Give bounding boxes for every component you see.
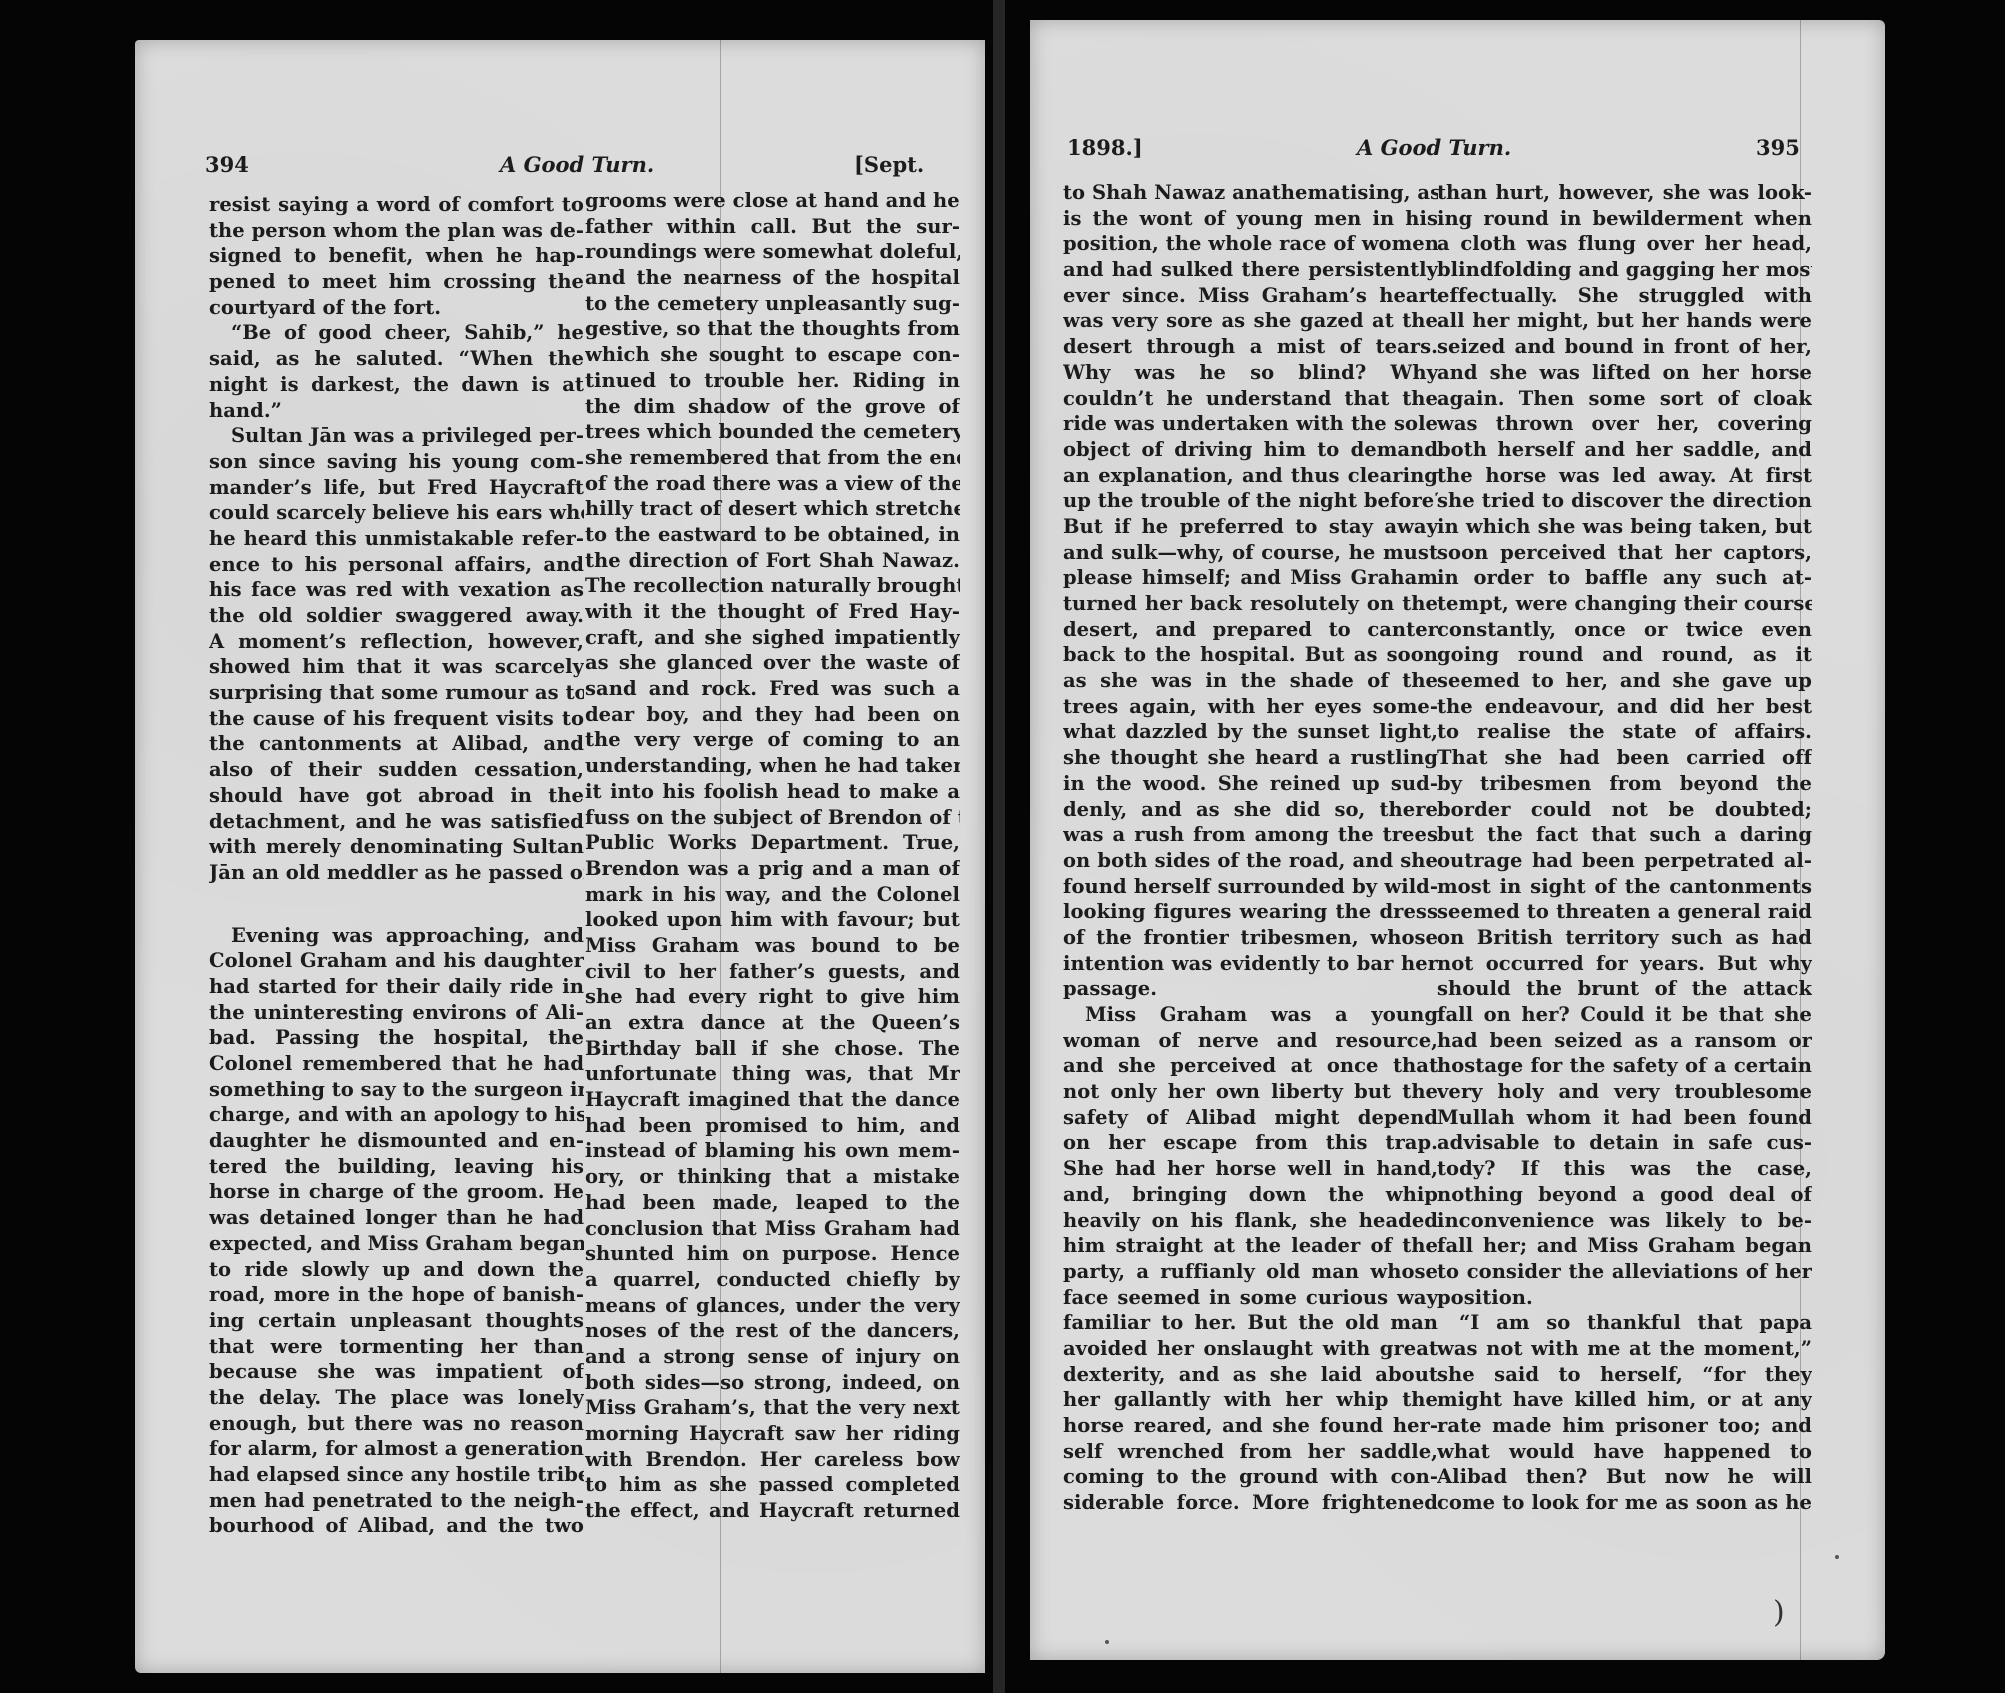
text-line: advisable to detain in safe cus- xyxy=(1437,1130,1812,1156)
text-line: and a strong sense of injury on xyxy=(585,1344,960,1370)
text-line: the old soldier swaggered away. xyxy=(209,603,584,629)
text-line: that were tormenting her than xyxy=(209,1334,584,1360)
text-line: both sides—so strong, indeed, on xyxy=(585,1370,960,1396)
text-line: Why was he so blind? Why xyxy=(1063,360,1438,386)
text-line: had started for their daily ride in xyxy=(209,974,584,1000)
text-line: to the cemetery unpleasantly sug- xyxy=(585,291,960,317)
text-line: looked upon him with favour; but xyxy=(585,907,960,933)
text-line: again. Then some sort of cloak xyxy=(1437,386,1812,412)
text-line: coming to the ground with con- xyxy=(1063,1464,1438,1490)
text-line: mark in his way, and the Colonel xyxy=(585,882,960,908)
text-line: him straight at the leader of the xyxy=(1063,1233,1438,1259)
text-line: craft, and she sighed impatiently xyxy=(585,625,960,651)
book-gutter xyxy=(993,0,1005,1693)
scan-speck xyxy=(1835,1555,1839,1559)
text-line: “I am so thankful that papa xyxy=(1437,1310,1812,1336)
text-line: in which she was being taken, but xyxy=(1437,514,1812,540)
text-line: to ride slowly up and down the xyxy=(209,1257,584,1283)
text-line: his face was red with vexation as xyxy=(209,577,584,603)
page-number: 394 xyxy=(205,152,249,177)
text-line: also of their sudden cessation, xyxy=(209,757,584,783)
text-line: morning Haycraft saw her riding xyxy=(585,1421,960,1447)
text-line: conclusion that Miss Graham had xyxy=(585,1216,960,1242)
text-line: trees which bounded the cemetery, xyxy=(585,419,960,445)
text-line: with merely denominating Sultan xyxy=(209,834,584,860)
text-line: party, a ruffianly old man whose xyxy=(1063,1259,1438,1285)
right-page: 1898.] A Good Turn. 395 to Shah Nawaz an… xyxy=(1030,20,1885,1660)
text-line: A moment’s reflection, however, xyxy=(209,629,584,655)
text-line: tody? If this was the case, xyxy=(1437,1156,1812,1182)
text-line: was thrown over her, covering xyxy=(1437,411,1812,437)
text-line: daughter he dismounted and en- xyxy=(209,1128,584,1154)
text-line: enough, but there was no reason xyxy=(209,1411,584,1437)
text-line: ory, or thinking that a mistake xyxy=(585,1164,960,1190)
text-line: she said to herself, “for they xyxy=(1437,1362,1812,1388)
text-line: she had every right to give him xyxy=(585,984,960,1010)
text-line: and she was lifted on her horse xyxy=(1437,360,1812,386)
text-line: the endeavour, and did her best xyxy=(1437,694,1812,720)
text-line: seemed to her, and she gave up xyxy=(1437,668,1812,694)
text-line: she remembered that from the end xyxy=(585,445,960,471)
text-line: the very verge of coming to an xyxy=(585,727,960,753)
text-line: on British territory such as had xyxy=(1437,925,1812,951)
text-line: the direction of Fort Shah Nawaz. xyxy=(585,548,960,574)
text-line: and, bringing down the whip xyxy=(1063,1182,1438,1208)
text-line: fall her; and Miss Graham began xyxy=(1437,1233,1812,1259)
text-line: a quarrel, conducted chiefly by xyxy=(585,1267,960,1293)
text-line: than hurt, however, she was look- xyxy=(1437,180,1812,206)
text-line: siderable force. More frightened xyxy=(1063,1490,1438,1516)
text-line: Public Works Department. True, xyxy=(585,830,960,856)
text-line: men had penetrated to the neigh- xyxy=(209,1488,584,1514)
text-line: an explanation, and thus clearing xyxy=(1063,463,1438,489)
text-line: on both sides of the road, and she xyxy=(1063,848,1438,874)
text-line: charge, and with an apology to his xyxy=(209,1102,584,1128)
text-line: as she glanced over the waste of xyxy=(585,650,960,676)
text-line: had elapsed since any hostile tribes- xyxy=(209,1462,584,1488)
text-line: she thought she heard a rustling xyxy=(1063,745,1438,771)
text-line: he heard this unmistakable refer- xyxy=(209,526,584,552)
text-line: gestive, so that the thoughts from xyxy=(585,316,960,342)
text-line: face seemed in some curious way xyxy=(1063,1285,1438,1311)
text-line: her gallantly with her whip the xyxy=(1063,1387,1438,1413)
text-line: position, the whole race of women, xyxy=(1063,231,1438,257)
text-line: resist saying a word of comfort to xyxy=(209,192,584,218)
text-line: should the brunt of the attack xyxy=(1437,976,1812,1002)
text-line: signed to benefit, when he hap- xyxy=(209,243,584,269)
text-line: position. xyxy=(1437,1285,1812,1311)
text-line: by tribesmen from beyond the xyxy=(1437,771,1812,797)
text-line: denly, and as she did so, there xyxy=(1063,797,1438,823)
text-line: object of driving him to demand xyxy=(1063,437,1438,463)
text-line: Evening was approaching, and xyxy=(209,923,584,949)
text-line: trees again, with her eyes some- xyxy=(1063,694,1438,720)
text-line: roundings were somewhat doleful, xyxy=(585,239,960,265)
text-line: Colonel Graham and his daughter xyxy=(209,948,584,974)
text-line: self wrenched from her saddle, xyxy=(1063,1439,1438,1465)
text-line: safety of Alibad might depend xyxy=(1063,1105,1438,1131)
text-line: both herself and her saddle, and xyxy=(1437,437,1812,463)
text-line: to realise the state of affairs. xyxy=(1437,719,1812,745)
text-line: Jān an old meddler as he passed on. xyxy=(209,860,584,886)
text-column: than hurt, however, she was look-ing rou… xyxy=(1437,180,1812,1516)
text-line: familiar to her. But the old man xyxy=(1063,1310,1438,1336)
text-line: which she sought to escape con- xyxy=(585,342,960,368)
text-line: bourhood of Alibad, and the two xyxy=(209,1513,584,1539)
text-line: the effect, and Haycraft returned xyxy=(585,1498,960,1524)
text-line: grooms were close at hand and her xyxy=(585,188,960,214)
text-line: shunted him on purpose. Hence xyxy=(585,1241,960,1267)
text-line: back to the hospital. But as soon xyxy=(1063,642,1438,668)
text-line: going round and round, as it xyxy=(1437,642,1812,668)
text-line: had been seized as a ransom or xyxy=(1437,1028,1812,1054)
text-line: night is darkest, the dawn is at xyxy=(209,372,584,398)
text-column: to Shah Nawaz anathematising, asis the w… xyxy=(1063,180,1438,1516)
text-line: of the road there was a view of the xyxy=(585,471,960,497)
text-line: showed him that it was scarcely xyxy=(209,654,584,680)
text-line: constantly, once or twice even xyxy=(1437,617,1812,643)
text-line: She had her horse well in hand, xyxy=(1063,1156,1438,1182)
text-line: for alarm, for almost a generation xyxy=(209,1436,584,1462)
text-line: looking figures wearing the dress xyxy=(1063,899,1438,925)
text-line: Miss Graham’s, that the very next xyxy=(585,1395,960,1421)
text-line: But if he preferred to stay away xyxy=(1063,514,1438,540)
text-line: of the frontier tribesmen, whose xyxy=(1063,925,1438,951)
text-line: found herself surrounded by wild- xyxy=(1063,874,1438,900)
text-line: something to say to the surgeon in xyxy=(209,1077,584,1103)
text-line: and had sulked there persistently xyxy=(1063,257,1438,283)
text-line: was detained longer than he had xyxy=(209,1205,584,1231)
text-line: was not with me at the moment,” xyxy=(1437,1336,1812,1362)
text-line: all her might, but her hands were xyxy=(1437,308,1812,334)
text-line: most in sight of the cantonments xyxy=(1437,874,1812,900)
text-line: the horse was led away. At first xyxy=(1437,463,1812,489)
text-line: what would have happened to xyxy=(1437,1439,1812,1465)
text-line: Mullah whom it had been found xyxy=(1437,1105,1812,1131)
text-line: a cloth was flung over her head, xyxy=(1437,231,1812,257)
running-head-right: 1898.] A Good Turn. 395 xyxy=(1030,135,1885,175)
text-line: it into his foolish head to make a xyxy=(585,779,960,805)
text-line: Miss Graham was a young xyxy=(1063,1002,1438,1028)
text-line: the delay. The place was lonely xyxy=(209,1385,584,1411)
text-line: tempt, were changing their course xyxy=(1437,591,1812,617)
text-line: soon perceived that her captors, xyxy=(1437,540,1812,566)
text-line: and the nearness of the hospital xyxy=(585,265,960,291)
text-line: not only her own liberty but the xyxy=(1063,1079,1438,1105)
text-line: in the wood. She reined up sud- xyxy=(1063,771,1438,797)
text-line: ence to his personal affairs, and xyxy=(209,552,584,578)
text-line: was very sore as she gazed at the xyxy=(1063,308,1438,334)
text-line: Brendon was a prig and a man of xyxy=(585,856,960,882)
text-line: hilly tract of desert which stretched xyxy=(585,496,960,522)
text-line: the cantonments at Alibad, and xyxy=(209,731,584,757)
section-break xyxy=(209,886,584,923)
text-line: detachment, and he was satisfied xyxy=(209,809,584,835)
text-line: she tried to discover the direction xyxy=(1437,488,1812,514)
text-line: the dim shadow of the grove of xyxy=(585,394,960,420)
text-line: “Be of good cheer, Sahib,” he xyxy=(209,320,584,346)
text-line: couldn’t he understand that the xyxy=(1063,386,1438,412)
text-line: hostage for the safety of a certain xyxy=(1437,1053,1812,1079)
text-line: noses of the rest of the dancers, xyxy=(585,1318,960,1344)
text-line: in order to baffle any such at- xyxy=(1437,565,1812,591)
text-line: ing round in bewilderment when xyxy=(1437,206,1812,232)
text-column: resist saying a word of comfort tothe pe… xyxy=(209,192,584,1539)
text-line: border could not be doubted; xyxy=(1437,797,1812,823)
text-line: tered the building, leaving his xyxy=(209,1154,584,1180)
text-line: to consider the alleviations of her xyxy=(1437,1259,1812,1285)
text-line: tinued to trouble her. Riding in xyxy=(585,368,960,394)
text-line: surprising that some rumour as to xyxy=(209,680,584,706)
text-line: woman of nerve and resource, xyxy=(1063,1028,1438,1054)
text-line: pened to meet him crossing the xyxy=(209,269,584,295)
text-line: fall on her? Could it be that she xyxy=(1437,1002,1812,1028)
date-mark: [Sept. xyxy=(854,152,924,177)
text-line: was a rush from among the trees xyxy=(1063,822,1438,848)
text-line: not occurred for years. But why xyxy=(1437,951,1812,977)
text-line: rate made him prisoner too; and xyxy=(1437,1413,1812,1439)
text-line: but the fact that such a daring xyxy=(1437,822,1812,848)
text-line: with Brendon. Her careless bow xyxy=(585,1447,960,1473)
text-line: might have killed him, or at any xyxy=(1437,1387,1812,1413)
text-line: intention was evidently to bar her xyxy=(1063,951,1438,977)
text-line: very holy and very troublesome xyxy=(1437,1079,1812,1105)
text-line: Colonel remembered that he had xyxy=(209,1051,584,1077)
text-line: horse in charge of the groom. He xyxy=(209,1179,584,1205)
text-line: hand.” xyxy=(209,398,584,424)
text-line: The recollection naturally brought xyxy=(585,573,960,599)
text-line: desert, and prepared to canter xyxy=(1063,617,1438,643)
text-line: had been promised to him, and xyxy=(585,1113,960,1139)
text-line: dear boy, and they had been on xyxy=(585,702,960,728)
text-line: what dazzled by the sunset light, xyxy=(1063,719,1438,745)
text-line: seemed to threaten a general raid xyxy=(1437,899,1812,925)
text-line: son since saving his young com- xyxy=(209,449,584,475)
text-line: road, more in the hope of banish- xyxy=(209,1282,584,1308)
text-line: come to look for me as soon as he xyxy=(1437,1490,1812,1516)
running-title: A Good Turn. xyxy=(1357,135,1511,160)
page-number: 395 xyxy=(1756,135,1800,160)
text-line: passage. xyxy=(1063,976,1438,1002)
text-line: said, as he saluted. “When the xyxy=(209,346,584,372)
text-line: father within call. But the sur- xyxy=(585,214,960,240)
text-line: instead of blaming his own mem- xyxy=(585,1138,960,1164)
text-line: had been made, leaped to the xyxy=(585,1190,960,1216)
running-title: A Good Turn. xyxy=(500,152,654,177)
text-line: bad. Passing the hospital, the xyxy=(209,1025,584,1051)
text-line: civil to her father’s guests, and xyxy=(585,959,960,985)
text-line: Alibad then? But now he will xyxy=(1437,1464,1812,1490)
scan-speck xyxy=(1105,1640,1109,1644)
text-line: to the eastward to be obtained, in xyxy=(585,522,960,548)
text-line: Sultan Jān was a privileged per- xyxy=(209,423,584,449)
text-line: expected, and Miss Graham began xyxy=(209,1231,584,1257)
text-line: is the wont of young men in his xyxy=(1063,206,1438,232)
text-line: courtyard of the fort. xyxy=(209,295,584,321)
text-line: heavily on his flank, she headed xyxy=(1063,1208,1438,1234)
text-line: Haycraft imagined that the dance xyxy=(585,1087,960,1113)
text-line: should have got abroad in the xyxy=(209,783,584,809)
text-line: up the trouble of the night before? xyxy=(1063,488,1438,514)
text-line: on her escape from this trap. xyxy=(1063,1130,1438,1156)
text-line: nothing beyond a good deal of xyxy=(1437,1182,1812,1208)
text-line: Birthday ball if she chose. The xyxy=(585,1036,960,1062)
running-head-left: 394 A Good Turn. [Sept. xyxy=(135,152,985,192)
text-line: inconvenience was likely to be- xyxy=(1437,1208,1812,1234)
text-line: desert through a mist of tears. xyxy=(1063,334,1438,360)
text-line: fuss on the subject of Brendon of the xyxy=(585,805,960,831)
text-line: means of glances, under the very xyxy=(585,1293,960,1319)
text-line: and sulk—why, of course, he must xyxy=(1063,540,1438,566)
text-line: please himself; and Miss Graham xyxy=(1063,565,1438,591)
left-page: 394 A Good Turn. [Sept. resist saying a … xyxy=(135,40,985,1673)
text-line: to Shah Nawaz anathematising, as xyxy=(1063,180,1438,206)
text-line: sand and rock. Fred was such a xyxy=(585,676,960,702)
text-line: could scarcely believe his ears when xyxy=(209,500,584,526)
text-column: grooms were close at hand and herfather … xyxy=(585,188,960,1524)
text-line: understanding, when he had taken xyxy=(585,753,960,779)
text-line: ing certain unpleasant thoughts xyxy=(209,1308,584,1334)
text-line: unfortunate thing was, that Mr xyxy=(585,1061,960,1087)
text-line: turned her back resolutely on the xyxy=(1063,591,1438,617)
text-line: to him as she passed completed xyxy=(585,1472,960,1498)
text-line: the uninteresting environs of Ali- xyxy=(209,1000,584,1026)
text-line: seized and bound in front of her, xyxy=(1437,334,1812,360)
text-line: an extra dance at the Queen’s xyxy=(585,1010,960,1036)
text-line: Miss Graham was bound to be xyxy=(585,933,960,959)
text-line: effectually. She struggled with xyxy=(1437,283,1812,309)
text-line: because she was impatient of xyxy=(209,1359,584,1385)
text-line: That she had been carried off xyxy=(1437,745,1812,771)
text-line: the cause of his frequent visits to xyxy=(209,706,584,732)
text-line: with it the thought of Fred Hay- xyxy=(585,599,960,625)
date-mark: 1898.] xyxy=(1067,135,1143,160)
text-line: the person whom the plan was de- xyxy=(209,218,584,244)
text-line: horse reared, and she found her- xyxy=(1063,1413,1438,1439)
text-line: outrage had been perpetrated al- xyxy=(1437,848,1812,874)
text-line: ride was undertaken with the sole xyxy=(1063,411,1438,437)
text-line: ever since. Miss Graham’s heart xyxy=(1063,283,1438,309)
text-line: and she perceived at once that xyxy=(1063,1053,1438,1079)
text-line: blindfolding and gagging her most xyxy=(1437,257,1812,283)
text-line: mander’s life, but Fred Haycraft xyxy=(209,475,584,501)
text-line: as she was in the shade of the xyxy=(1063,668,1438,694)
text-line: dexterity, and as she laid about xyxy=(1063,1362,1438,1388)
margin-bracket-mark: ) xyxy=(1773,1595,1785,1630)
text-line: avoided her onslaught with great xyxy=(1063,1336,1438,1362)
